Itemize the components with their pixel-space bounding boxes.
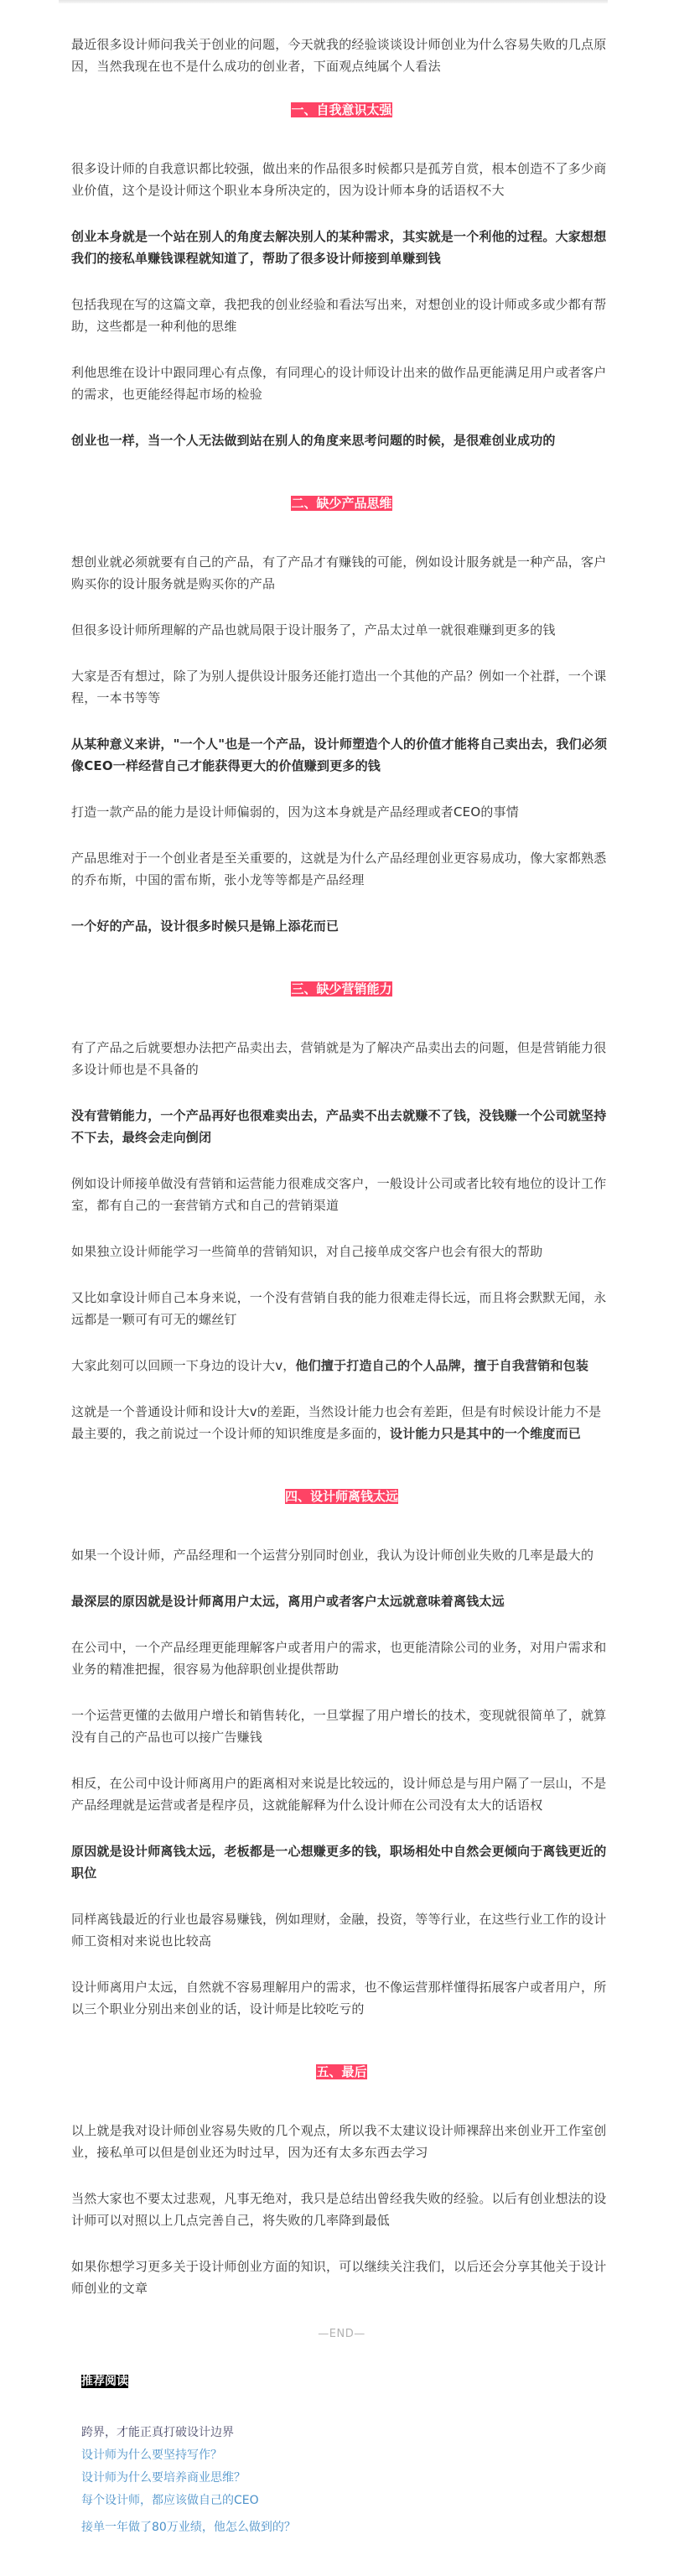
- paragraph: 大家是否有想过，除了为别人提供设计服务还能打造出一个其他的产品？例如一个社群，一…: [71, 665, 612, 709]
- paragraph: 但很多设计师所理解的产品也就局限于设计服务了，产品太过单一就很难赚到更多的钱: [71, 619, 612, 641]
- bold-text: 设计能力只是其中的一个维度而已: [390, 1426, 581, 1441]
- section-heading-wrap: 一、自我意识太强: [71, 101, 612, 117]
- paragraph: 一个运营更懂的去做用户增长和销售转化，一旦掌握了用户增长的技术，变现就很简单了，…: [71, 1704, 612, 1748]
- bottom-spacer: [71, 2542, 612, 2576]
- section-heading: 四、设计师离钱太远: [285, 1489, 398, 1504]
- section-heading: 五、最后: [316, 2064, 366, 2079]
- paragraph: 如果你想学习更多关于设计师创业方面的知识，可以继续关注我们，以后还会分享其他关于…: [71, 2256, 612, 2299]
- section-heading: 二、缺少产品思维: [291, 496, 391, 511]
- paragraph: 在公司中，一个产品经理更能理解客户或者用户的需求，也更能清除公司的业务，对用户需…: [71, 1637, 612, 1680]
- section-heading-wrap: 二、缺少产品思维: [71, 495, 612, 511]
- paragraph: 创业本身就是一个站在别人的角度去解决别人的某种需求，其实就是一个利他的过程。大家…: [71, 226, 612, 269]
- recommended-link[interactable]: 跨界，才能正真打破设计边界: [81, 2426, 234, 2439]
- paragraph: 同样离钱最近的行业也最容易赚钱，例如理财，金融，投资，等等行业，在这些行业工作的…: [71, 1908, 612, 1952]
- paragraph: 没有营销能力，一个产品再好也很难卖出去，产品卖不出去就赚不了钱，没钱赚一个公司就…: [71, 1105, 612, 1148]
- text: 大家此刻可以回顾一下身边的设计大v，: [71, 1358, 295, 1373]
- paragraph: 例如设计师接单做没有营销和运营能力很难成交客户，一般设计公司或者比较有地位的设计…: [71, 1173, 612, 1216]
- recommended-reading: 推荐阅读 跨界，才能正真打破设计边界 设计师为什么要坚持写作？ 设计师为什么要培…: [71, 2372, 612, 2535]
- paragraph: 产品思维对于一个创业者是至关重要的，这就是为什么产品经理创业更容易成功，像大家都…: [71, 847, 612, 891]
- paragraph: 有了产品之后就要想办法把产品卖出去，营销就是为了解决产品卖出去的问题，但是营销能…: [71, 1037, 612, 1080]
- paragraph: 如果一个设计师，产品经理和一个运营分别同时创业，我认为设计师创业失败的几率是最大…: [71, 1544, 612, 1566]
- article-body: 最近很多设计师问我关于创业的问题，今天就我的经验谈谈设计师创业为什么容易失败的几…: [67, 0, 612, 2576]
- recommended-item[interactable]: 设计师为什么要培养商业思维？: [81, 2470, 612, 2485]
- paragraph: 这就是一个普通设计师和设计大v的差距，当然设计能力也会有差距，但是有时候设计能力…: [71, 1401, 612, 1444]
- intro-paragraph: 最近很多设计师问我关于创业的问题，今天就我的经验谈谈设计师创业为什么容易失败的几…: [71, 34, 612, 77]
- recommended-link[interactable]: 设计师为什么要坚持写作？: [81, 2449, 222, 2462]
- section-heading: 三、缺少营销能力: [291, 981, 391, 997]
- article-sections: 一、自我意识太强很多设计师的自我意识都比较强，做出来的作品很多时候都只是孤芳自赏…: [71, 101, 612, 2299]
- recommended-item[interactable]: 跨界，才能正真打破设计边界: [81, 2425, 612, 2440]
- paragraph: 一个好的产品，设计很多时候只是锦上添花而已: [71, 915, 612, 937]
- paragraph: 从某种意义来讲，"一个人"也是一个产品，设计师塑造个人的价值才能将自己卖出去，我…: [71, 733, 612, 777]
- section-heading-wrap: 四、设计师离钱太远: [71, 1488, 612, 1504]
- paragraph: 最深层的原因就是设计师离用户太远，离用户或者客户太远就意味着离钱太远: [71, 1590, 612, 1612]
- paragraph: 如果独立设计师能学习一些简单的营销知识，对自己接单成交客户也会有很大的帮助: [71, 1241, 612, 1262]
- section-heading: 一、自我意识太强: [291, 102, 391, 117]
- paragraph: 创业也一样，当一个人无法做到站在别人的角度来思考问题的时候，是很难创业成功的: [71, 429, 612, 451]
- paragraph: 相反，在公司中设计师离用户的距离相对来说是比较远的，设计师总是与用户隔了一层山，…: [71, 1772, 612, 1816]
- paragraph: 当然大家也不要太过悲观，凡事无绝对，我只是总结出曾经我失败的经验。以后有创业想法…: [71, 2188, 612, 2231]
- recommended-link[interactable]: 接单一年做了80万业绩，他怎么做到的？: [81, 2521, 296, 2534]
- paragraph: 利他思维在设计中跟同理心有点像，有同理心的设计师设计出来的做作品更能满足用户或者…: [71, 362, 612, 405]
- paragraph: 很多设计师的自我意识都比较强，做出来的作品很多时候都只是孤芳自赏，根本创造不了多…: [71, 158, 612, 201]
- paragraph: 打造一款产品的能力是设计师偏弱的，因为这本身就是产品经理或者CEO的事情: [71, 801, 612, 823]
- section-heading-wrap: 五、最后: [71, 2063, 612, 2079]
- paragraph: 原因就是设计师离钱太远，老板都是一心想赚更多的钱，职场相处中自然会更倾向于离钱更…: [71, 1840, 612, 1884]
- paragraph: 包括我现在写的这篇文章，我把我的创业经验和看法写出来，对想创业的设计师或多或少都…: [71, 294, 612, 337]
- recommended-item[interactable]: 设计师为什么要坚持写作？: [81, 2448, 612, 2463]
- recommended-link[interactable]: 设计师为什么要培养商业思维？: [81, 2471, 246, 2485]
- recommended-item[interactable]: 每个设计师，都应该做自己的CEO: [81, 2493, 612, 2508]
- recommended-links: 跨界，才能正真打破设计边界 设计师为什么要坚持写作？ 设计师为什么要培养商业思维…: [81, 2425, 612, 2535]
- recommended-item[interactable]: 接单一年做了80万业绩，他怎么做到的？: [81, 2520, 612, 2535]
- paragraph: 想创业就必须就要有自己的产品，有了产品才有赚钱的可能，例如设计服务就是一种产品，…: [71, 551, 612, 595]
- paragraph: 以上就是我对设计师创业容易失败的几个观点，所以我不太建议设计师裸辞出来创业开工作…: [71, 2120, 612, 2163]
- bold-text: 他们擅于打造自己的个人品牌，擅于自我营销和包装: [295, 1358, 588, 1373]
- recommended-reading-title: 推荐阅读: [81, 2375, 128, 2388]
- paragraph: 又比如拿设计师自己本身来说，一个没有营销自我的能力很难走得长远，而且将会默默无闻…: [71, 1287, 612, 1330]
- paragraph: 大家此刻可以回顾一下身边的设计大v，他们擅于打造自己的个人品牌，擅于自我营销和包…: [71, 1355, 612, 1376]
- section-heading-wrap: 三、缺少营销能力: [71, 981, 612, 997]
- recommended-link[interactable]: 每个设计师，都应该做自己的CEO: [81, 2494, 259, 2507]
- paragraph: 设计师离用户太远，自然就不容易理解用户的需求，也不像运营那样懂得拓展客户或者用户…: [71, 1976, 612, 2020]
- end-marker: —END—: [71, 2328, 612, 2340]
